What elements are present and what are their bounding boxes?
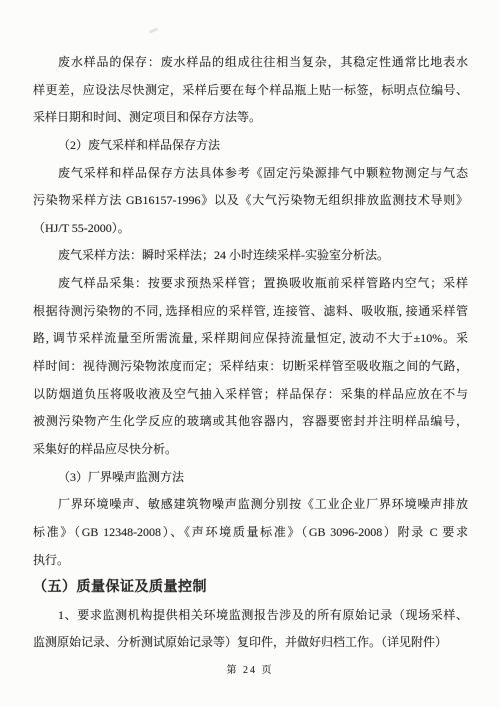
text-line: 采集好的样品应尽快分析。 [33, 436, 468, 464]
text-line: 废水样品的保存：废水样品的组成往往相当复杂，其稳定性通常比地表水 [33, 49, 468, 77]
scan-artifact [149, 27, 158, 33]
text-line: 样更差，应设法尽快测定，采样后要在每个样品瓶上贴一标签，标明点位编号、 [33, 77, 468, 105]
text-line: （HJ/T 55-2000）。 [33, 215, 468, 243]
text-line: 采样日期和时间、测定项目和保存方法等。 [33, 104, 468, 132]
text-line: 污染物采样方法 GB16157-1996》以及《大气污染物无组织排放监测技术导则… [33, 187, 468, 215]
text-line: 执行。 [33, 547, 468, 575]
text-line: 标准》（GB 12348-2008）、《声环境质量标准》（GB 3096-200… [33, 519, 468, 547]
document-page: 废水样品的保存：废水样品的组成往往相当复杂，其稳定性通常比地表水样更差，应设法尽… [0, 0, 500, 707]
page-number: 第 24 页 [0, 661, 500, 676]
text-line: 厂界环境噪声、敏感建筑物噪声监测分别按《工业企业厂界环境噪声排放 [33, 491, 468, 519]
text-line: （2）废气采样和样品保存方法 [33, 132, 468, 160]
text-line: 样时间：视待测污染物浓度而定；采样结束：切断采样管至吸收瓶之间的气路， [33, 353, 468, 381]
text-line: 路, 调节采样流量至所需流量, 采样期间应保持流量恒定, 波动不大于±10%。采 [33, 325, 468, 353]
text-line: 根据待测污染物的不同, 选择相应的采样管, 连接管、滤料、吸收瓶, 接通采样管 [33, 298, 468, 326]
text-line: 废气采样和样品保存方法具体参考《固定污染源排气中颗粒物测定与气态 [33, 160, 468, 188]
section-heading: （五）质量保证及质量控制 [33, 574, 468, 602]
document-body: 废水样品的保存：废水样品的组成往往相当复杂，其稳定性通常比地表水样更差，应设法尽… [33, 49, 468, 657]
text-line: 1、要求监测机构提供相关环境监测报告涉及的所有原始记录（现场采样、 [33, 602, 468, 630]
text-line: （3）厂界噪声监测方法 [33, 464, 468, 492]
text-line: 被测污染物产生化学反应的玻璃或其他容器内，容器要密封并注明样品编号， [33, 408, 468, 436]
text-line: 废气样品采集：按要求预热采样管；置换吸收瓶前采样管路内空气；采样 [33, 270, 468, 298]
text-line: 废气采样方法：瞬时采样法；24 小时连续采样-实验室分析法。 [33, 242, 468, 270]
text-line: 监测原始记录、分析测试原始记录等）复印件，并做好归档工作。（详见附件） [33, 629, 468, 657]
text-line: 以防烟道负压将吸收液及空气抽入采样管；样品保存：采集的样品应放在不与 [33, 381, 468, 409]
